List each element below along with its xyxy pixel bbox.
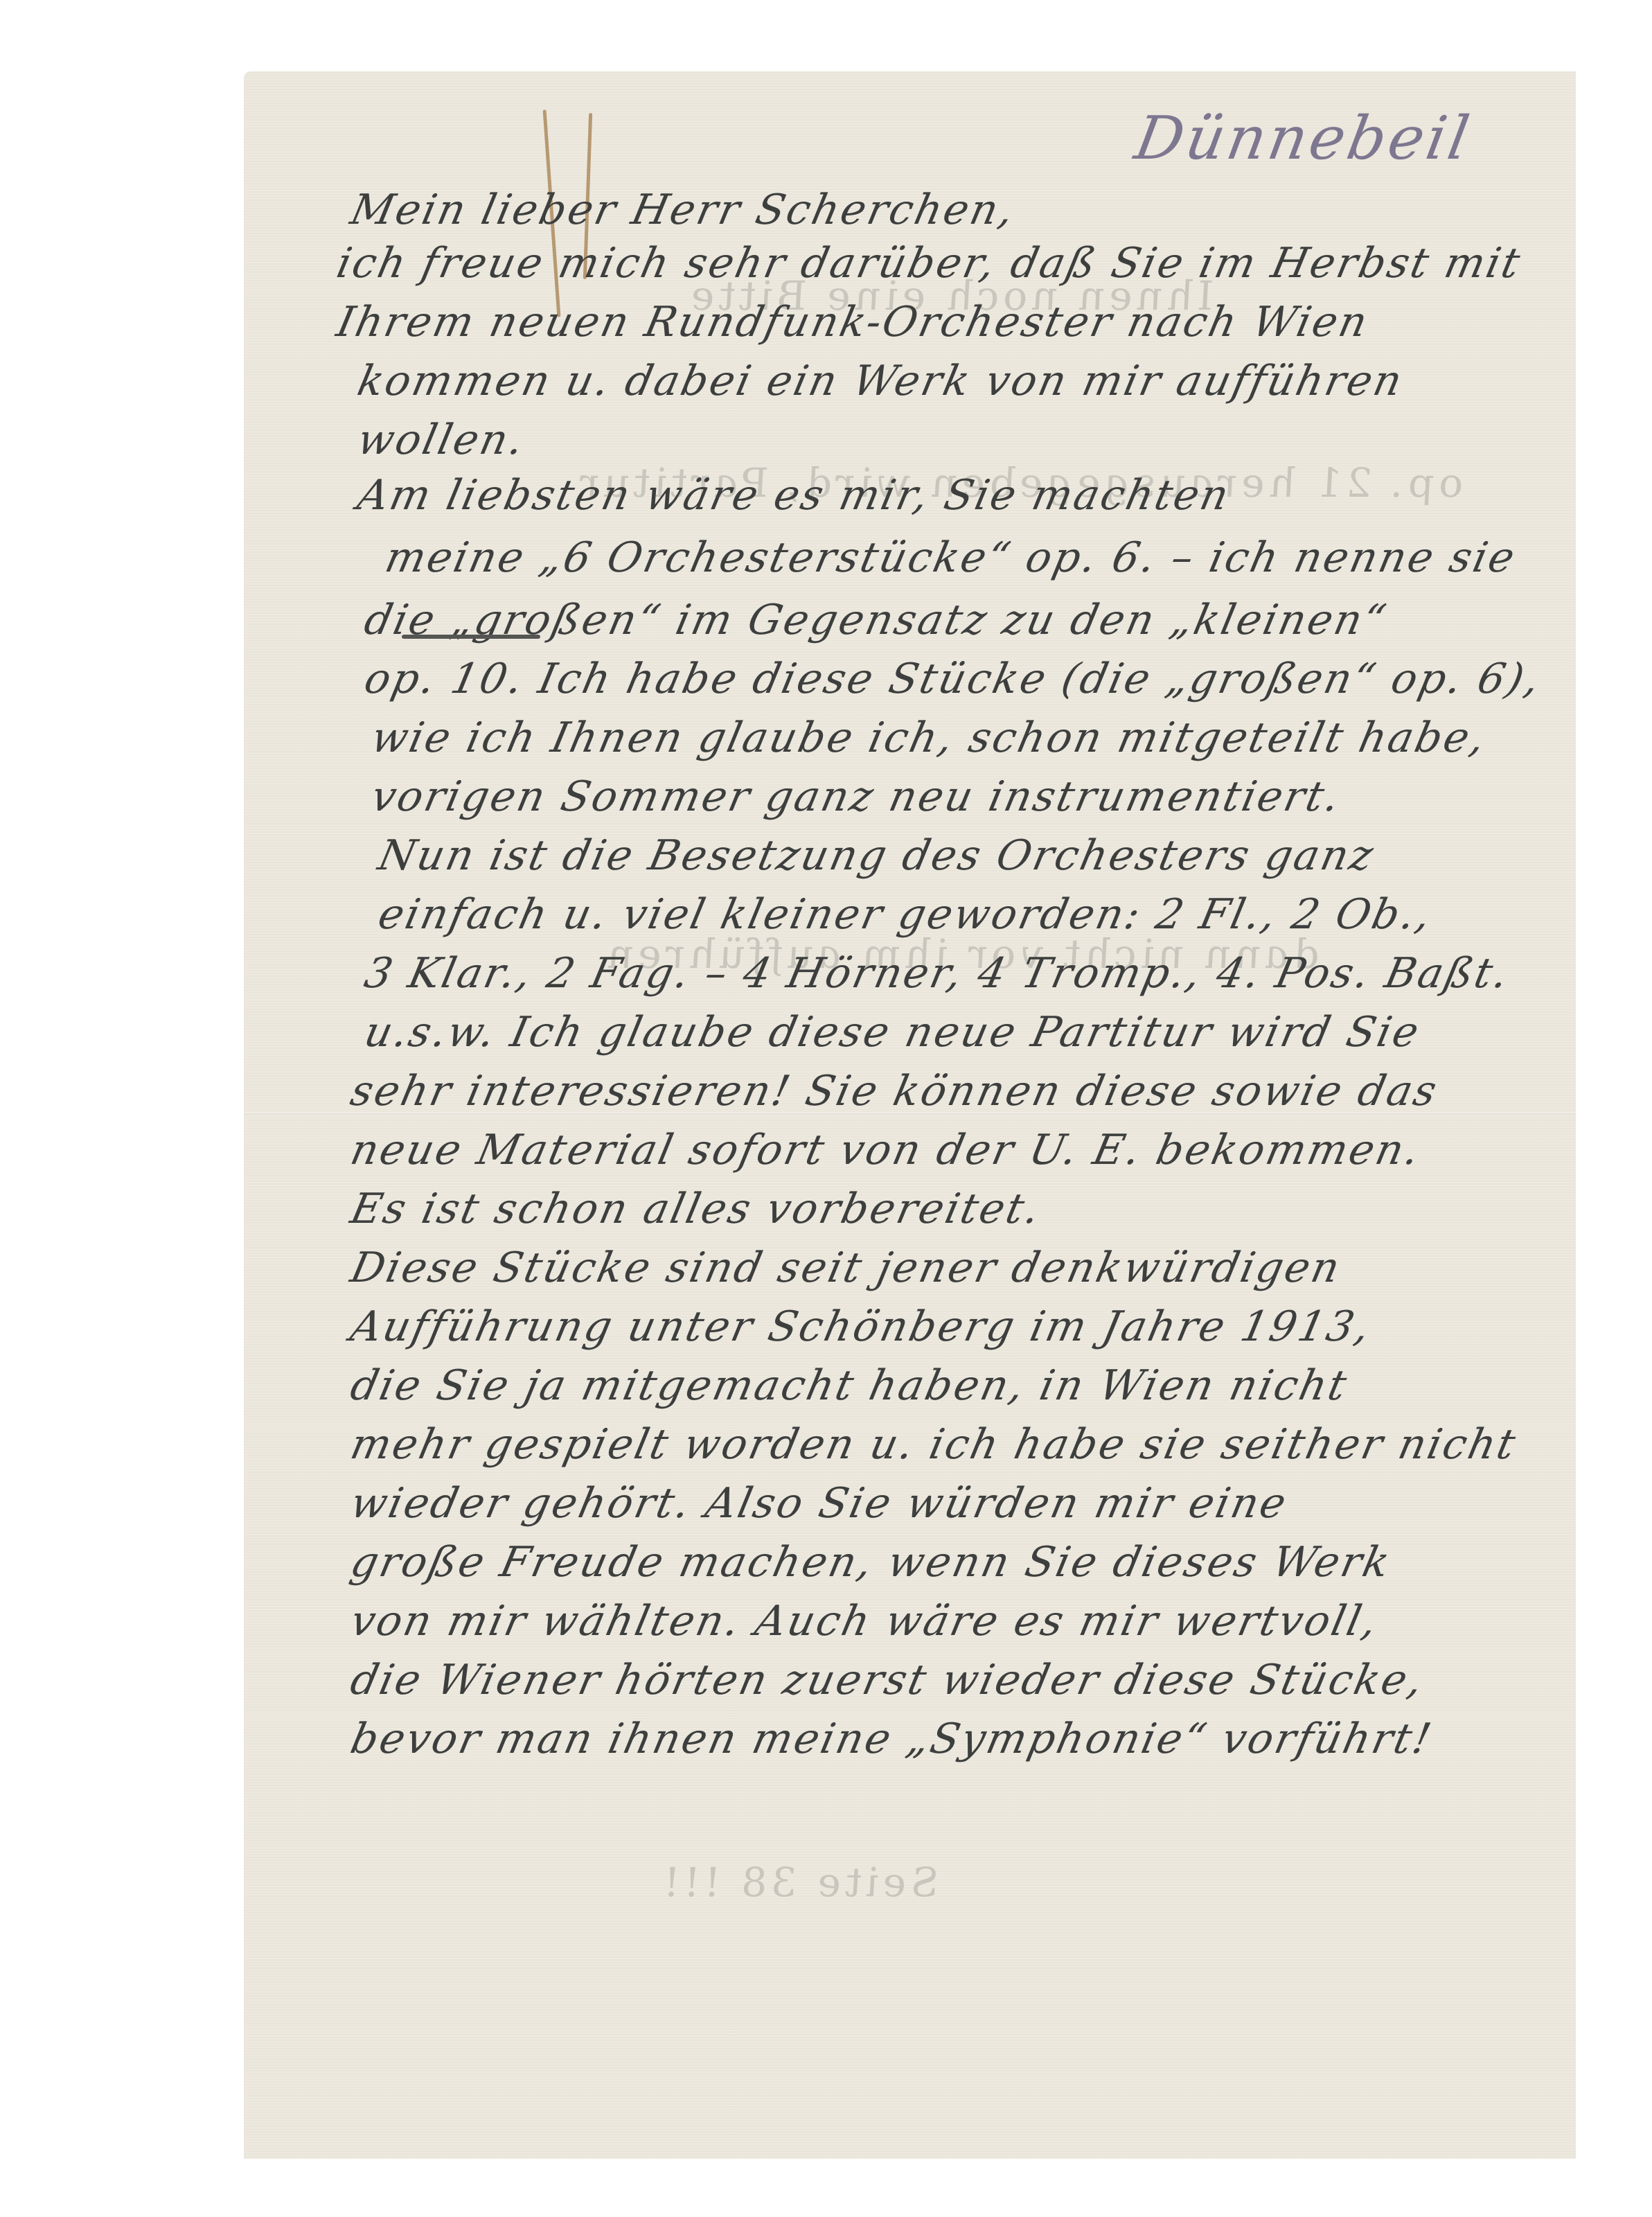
letter-line: die Sie ja mitgemacht haben, in Wien nic… — [346, 1361, 1353, 1410]
letter-line: einfach u. viel kleiner geworden: 2 Fl.,… — [374, 890, 1437, 939]
salutation: Mein lieber Herr Scherchen, — [346, 186, 1020, 234]
letter-line: von mir wählten. Auch wäre es mir wertvo… — [346, 1597, 1383, 1645]
letter-line: bevor man ihnen meine „Symphonie“ vorfüh… — [346, 1715, 1437, 1763]
letter-line: neue Material sofort von der U. E. bekom… — [346, 1126, 1425, 1174]
letter-line: Es ist schon alles vorbereitet. — [346, 1185, 1046, 1233]
letter-line: Ihrem neuen Rundfunk-Orchester nach Wien — [332, 298, 1374, 346]
letter-line: Am liebsten wäre es mir, Sie machten — [353, 471, 1235, 520]
underline-stroke — [402, 635, 540, 639]
letter-line: Nun ist die Besetzung des Orchesters gan… — [374, 831, 1379, 880]
letter-line: vorigen Sommer ganz neu instrumentiert. — [367, 772, 1346, 821]
letter-line: kommen u. dabei ein Werk von mir aufführ… — [353, 357, 1408, 405]
letter-line: große Freude machen, wenn Sie dieses Wer… — [346, 1538, 1396, 1587]
letter-line: wieder gehört. Also Sie würden mir eine — [346, 1479, 1293, 1528]
letter-line: 3 Klar., 2 Fag. – 4 Hörner, 4 Tromp., 4.… — [360, 949, 1514, 998]
letter-line: wollen. — [353, 416, 530, 464]
letter-line: die Wiener hörten zuerst wieder diese St… — [346, 1656, 1429, 1704]
letter-line: mehr gespielt worden u. ich habe sie sei… — [346, 1420, 1522, 1469]
letter-line: ich freue mich sehr darüber, daß Sie im … — [332, 239, 1526, 288]
letter-line-text: meine „6 Orchesterstücke“ op. 6. – ich n… — [381, 533, 1521, 582]
letter-line: u.s.w. Ich glaube diese neue Partitur wi… — [360, 1008, 1425, 1057]
letter-body: Mein lieber Herr Scherchen, ich freue mi… — [332, 0, 1565, 2217]
letter-line: Aufführung unter Schönberg im Jahre 1913… — [346, 1302, 1376, 1351]
letter-line: Diese Stücke sind seit jener denkwürdige… — [346, 1244, 1346, 1292]
letter-line: op. 10. Ich habe diese Stücke (die „groß… — [360, 655, 1546, 703]
letter-line: sehr interessieren! Sie können diese sow… — [346, 1067, 1443, 1115]
letter-line: meine „6 Orchesterstücke“ op. 6. – ich n… — [381, 533, 1521, 582]
letter-line: wie ich Ihnen glaube ich, schon mitgetei… — [367, 714, 1491, 762]
